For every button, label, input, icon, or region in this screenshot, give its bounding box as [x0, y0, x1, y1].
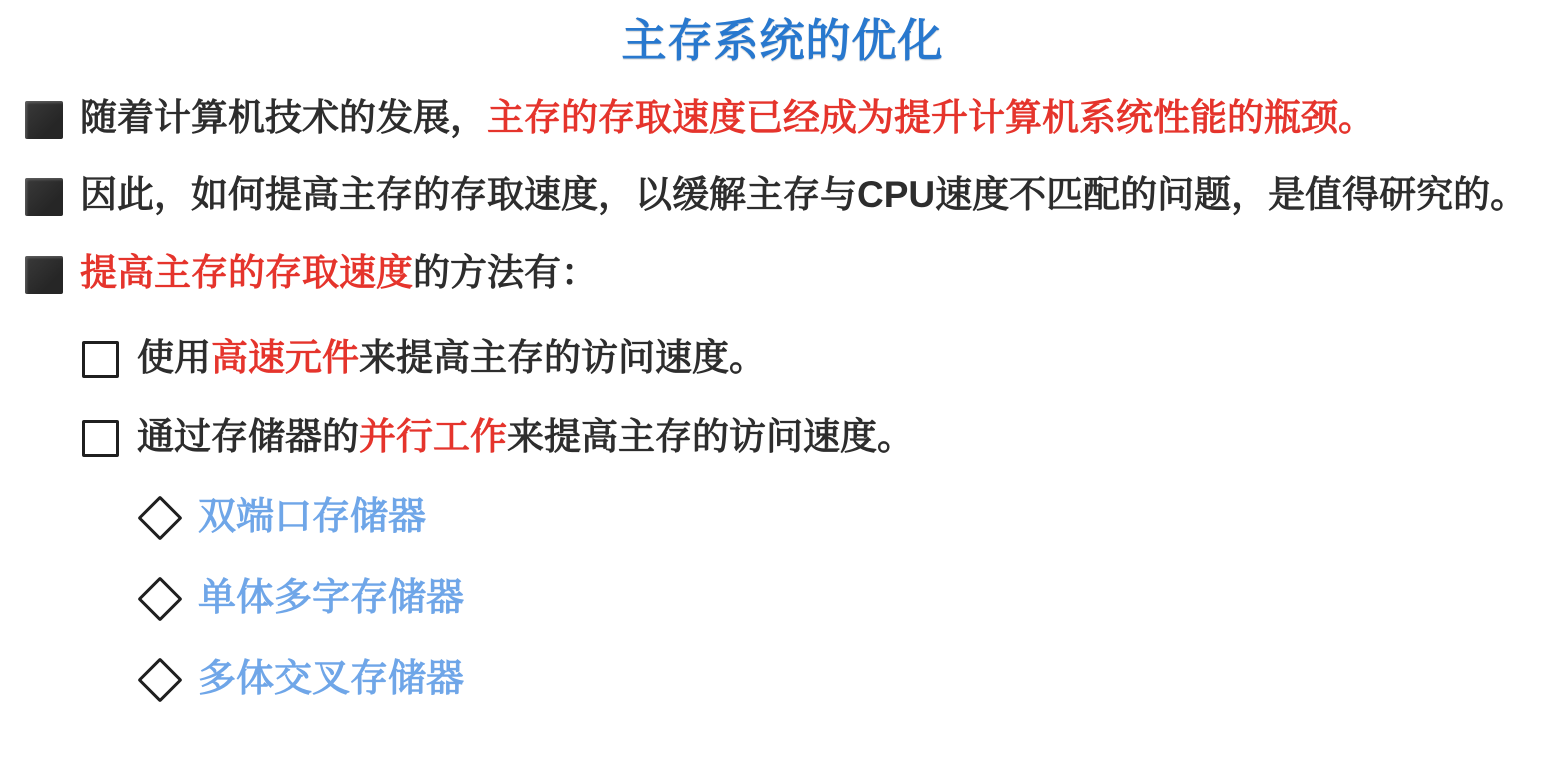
page-title: 主存系统的优化	[0, 16, 1565, 66]
bullet-text-segment: 来提高主存的访问速度。	[359, 337, 766, 378]
bullet-text-segment-link: 单体多字存储器	[198, 577, 464, 619]
bullet-item-problem: 因此，如何提高主存的存取速度，以缓解主存与CPU速度不匹配的问题，是值得研究的。	[0, 173, 1565, 217]
bullet-text: 多体交叉存储器	[198, 657, 464, 702]
bullet-text: 使用高速元件来提高主存的访问速度。	[137, 336, 766, 380]
diamond-shape	[137, 657, 182, 702]
slide: 主存系统的优化 随着计算机技术的发展，主存的存取速度已经成为提升计算机系统性能的…	[0, 0, 1565, 762]
sub-sub-bullet-multi-bank-interleaved-memory: 多体交叉存储器	[0, 656, 1565, 704]
hollow-diamond-bullet-icon	[136, 494, 184, 542]
hollow-diamond-bullet-icon	[136, 575, 184, 623]
bullet-text: 双端口存储器	[198, 495, 426, 540]
bullet-text-segment: 使用	[137, 337, 211, 378]
bullet-text: 随着计算机技术的发展，主存的存取速度已经成为提升计算机系统性能的瓶颈。	[80, 96, 1375, 140]
bullet-text: 通过存储器的并行工作来提高主存的访问速度。	[137, 415, 914, 459]
diamond-shape	[137, 576, 182, 621]
sub-bullet-item-fast-components: 使用高速元件来提高主存的访问速度。	[0, 336, 1565, 380]
bullet-text-segment: 来提高主存的访问速度。	[507, 416, 914, 457]
bullet-text-segment-highlight: 高速元件	[211, 337, 359, 378]
bullet-text-segment: 通过存储器的	[137, 416, 359, 457]
filled-square-bullet-icon	[25, 178, 63, 216]
bullet-text-segment-highlight: 并行工作	[359, 416, 507, 457]
sub-sub-bullet-single-bank-multi-word-memory: 单体多字存储器	[0, 575, 1565, 623]
bullet-text-segment-highlight: 提高主存的存取速度	[80, 252, 413, 293]
sub-sub-bullet-dual-port-memory: 双端口存储器	[0, 494, 1565, 542]
bullet-item-development: 随着计算机技术的发展，主存的存取速度已经成为提升计算机系统性能的瓶颈。	[0, 96, 1565, 140]
hollow-square-bullet-icon	[82, 341, 119, 378]
bullet-text-segment-link: 多体交叉存储器	[198, 658, 464, 700]
bullet-text: 单体多字存储器	[198, 576, 464, 621]
bullet-text-segment: 因此，如何提高主存的存取速度，以缓解主存与CPU速度不匹配的问题，是值得研究的。	[80, 174, 1527, 215]
bullet-text-segment: 随着计算机技术的发展，	[80, 97, 487, 138]
bullet-text: 因此，如何提高主存的存取速度，以缓解主存与CPU速度不匹配的问题，是值得研究的。	[80, 173, 1527, 217]
bullet-text-segment-highlight: 主存的存取速度已经成为提升计算机系统性能的瓶颈。	[487, 97, 1375, 138]
hollow-square-bullet-icon	[82, 420, 119, 457]
hollow-diamond-bullet-icon	[136, 656, 184, 704]
bullet-text-segment-link: 双端口存储器	[198, 496, 426, 538]
diamond-shape	[137, 495, 182, 540]
spacer	[0, 328, 1565, 336]
bullet-text-segment: 的方法有：	[413, 252, 598, 293]
sub-bullet-item-parallel-work: 通过存储器的并行工作来提高主存的访问速度。	[0, 415, 1565, 459]
bullet-item-methods: 提高主存的存取速度的方法有：	[0, 251, 1565, 295]
filled-square-bullet-icon	[25, 256, 63, 294]
filled-square-bullet-icon	[25, 101, 63, 139]
bullet-text: 提高主存的存取速度的方法有：	[80, 251, 598, 295]
